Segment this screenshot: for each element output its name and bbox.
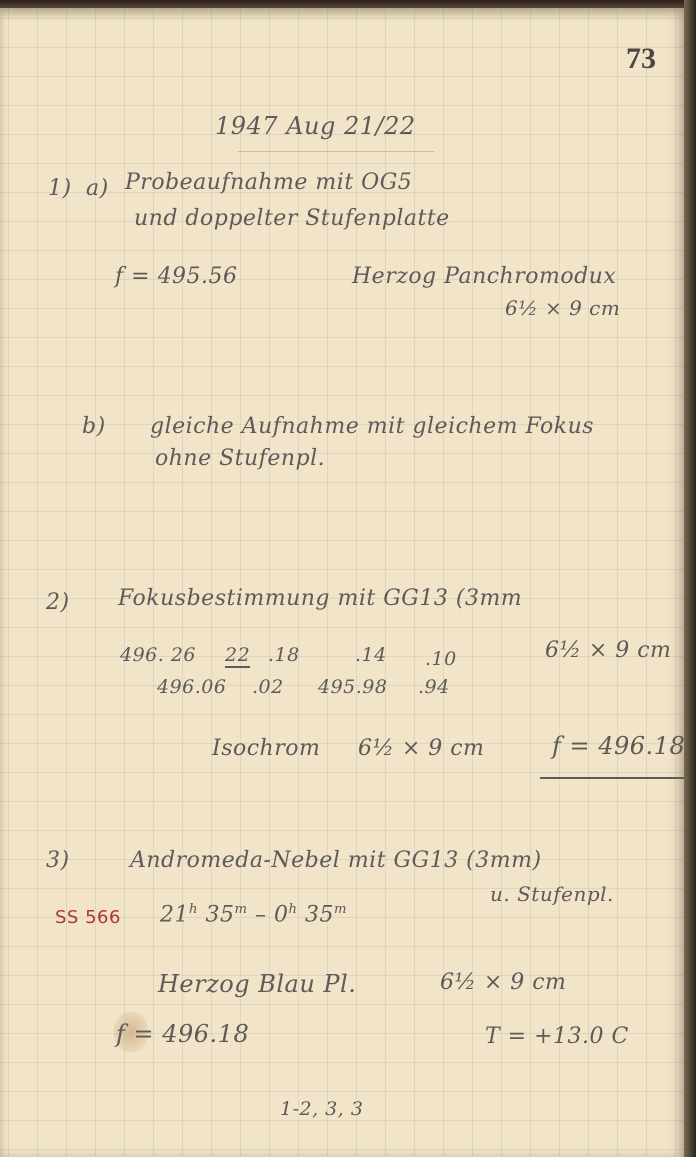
entry-2-label: 2) — [46, 590, 70, 615]
focus-value: 495.98 — [318, 676, 387, 698]
focus-value: 496.06 — [157, 676, 226, 698]
entry-3-temperature: T = +13.0 C — [485, 1024, 629, 1049]
focus-value: .18 — [268, 644, 300, 666]
notebook-right-edge — [684, 0, 696, 1157]
time-start-hour: 21 — [160, 902, 189, 927]
entry-1-label: 1) — [48, 176, 72, 201]
focus-value: 496. 26 — [120, 644, 196, 666]
page-number: 73 — [626, 42, 656, 76]
date-underline — [238, 151, 434, 152]
focus-value: .10 — [425, 648, 457, 670]
entry-2-result-focus: f = 496.18 — [552, 732, 685, 760]
entry-1a-line2: und doppelter Stufenplatte — [134, 206, 450, 231]
entry-1b-sublabel: b) — [82, 414, 106, 439]
entry-3-plate: Herzog Blau Pl. — [158, 970, 356, 998]
entry-3-line1b: u. Stufenpl. — [490, 882, 614, 906]
entry-3-focus: f = 496.18 — [116, 1020, 249, 1048]
entry-3-plate-size: 6½ × 9 cm — [440, 970, 566, 995]
entry-3-line1: Andromeda-Nebel mit GG13 (3mm) — [130, 848, 542, 873]
entry-2-line1: Fokusbestimmung mit GG13 (3mm — [118, 586, 522, 611]
focus-value: .02 — [252, 676, 284, 698]
entry-3-label: 3) — [46, 848, 70, 873]
entry-2-plate-size: 6½ × 9 cm — [358, 736, 484, 761]
focus-value-selected: 22 — [225, 644, 250, 668]
entry-1a-size: 6½ × 9 cm — [505, 296, 620, 320]
entry-1b-line2: ohne Stufenpl. — [155, 446, 325, 471]
date-header: 1947 Aug 21/22 — [215, 112, 416, 140]
entry-2-plate: Isochrom — [212, 736, 320, 761]
entry-1a-sublabel: a) — [86, 176, 109, 201]
entry-1a-plate: Herzog Panchromodux — [352, 264, 616, 289]
time-start-minute: 35 — [206, 902, 235, 927]
notebook-page: 73 1947 Aug 21/22 1) a) Probeaufnahme mi… — [0, 8, 684, 1157]
result-underline — [540, 777, 690, 779]
time-end-minute: 35 — [305, 902, 334, 927]
time-end-hour: 0 — [274, 902, 289, 927]
catalog-reference: SS 566 — [55, 907, 121, 928]
exposure-time: 21h 35m – 0h 35m — [160, 902, 347, 927]
entry-1a-line1: Probeaufnahme mit OG5 — [125, 170, 412, 195]
entry-1b-line1: gleiche Aufnahme mit gleichem Fokus — [150, 414, 594, 439]
focus-value: .14 — [355, 644, 387, 666]
footer-note: 1-2, 3, 3 — [280, 1098, 363, 1120]
entry-1a-focus: f = 495.56 — [115, 264, 238, 289]
focus-value: .94 — [418, 676, 450, 698]
entry-2-size: 6½ × 9 cm — [545, 638, 671, 663]
